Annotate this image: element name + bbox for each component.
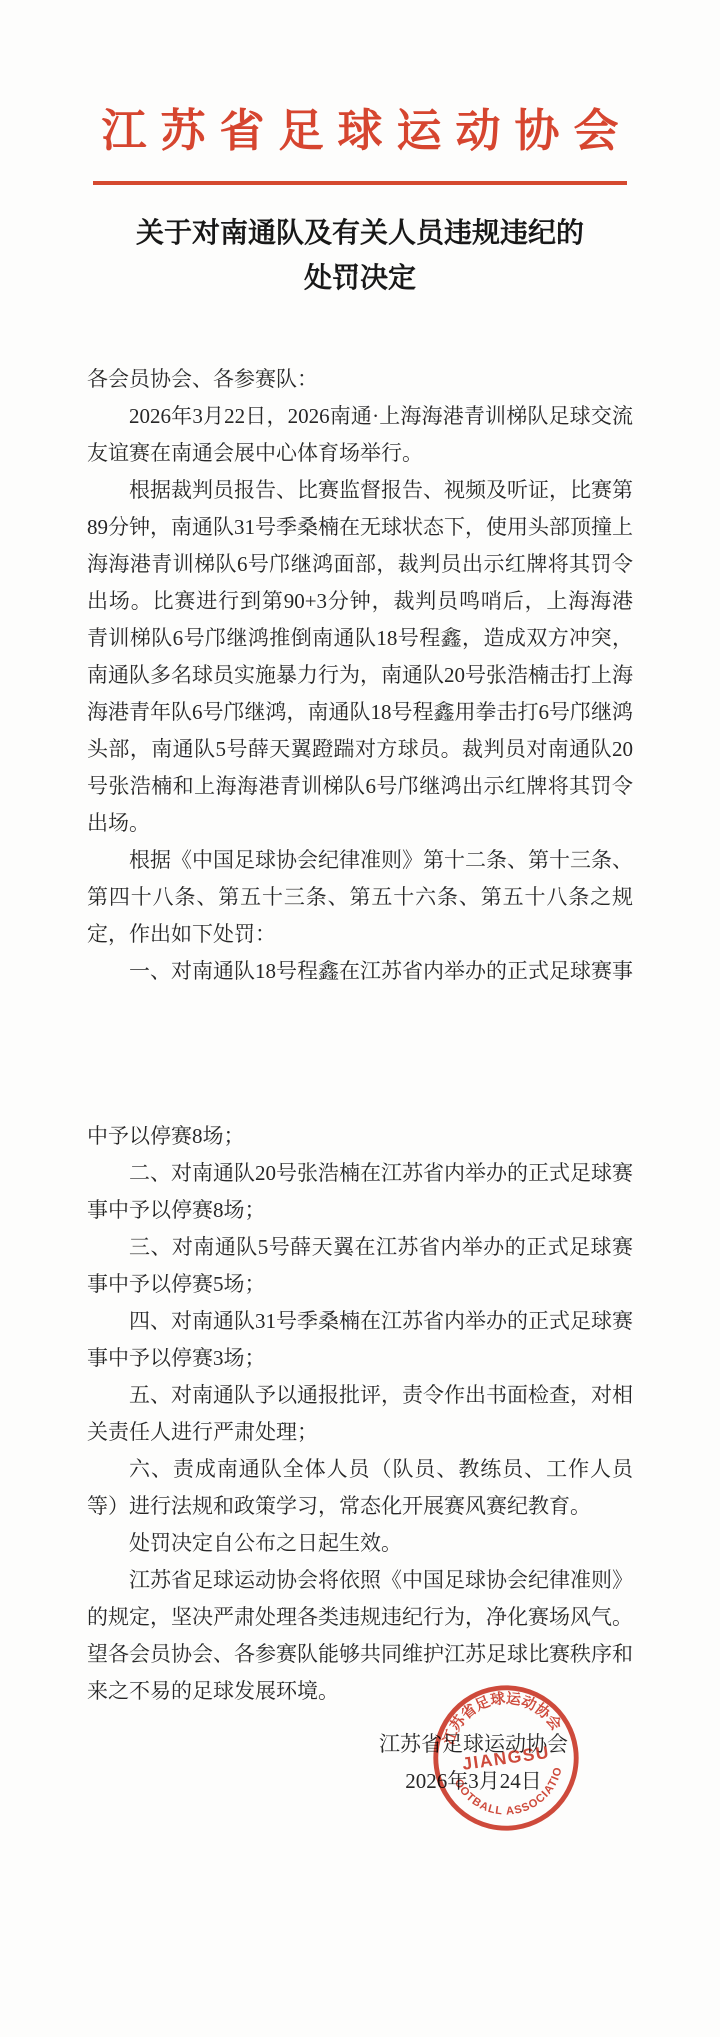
document-title-line1: 关于对南通队及有关人员违规违纪的 (0, 211, 720, 256)
page-break-gap (87, 990, 633, 1118)
signature-date: 2026年3月24日 (379, 1763, 568, 1800)
paragraph-effective-date: 处罚决定自公布之日起生效。 (87, 1525, 633, 1562)
paragraph-closing: 江苏省足球运动协会将依照《中国足球协会纪律准则》的规定，坚决严肃处理各类违规违纪… (87, 1562, 633, 1710)
scanned-notice-page: { "page": { "background": "#fdfdfc" }, "… (0, 0, 720, 2037)
paragraph-penalty-3: 三、对南通队5号薛天翼在江苏省内举办的正式足球赛事中予以停赛5场； (87, 1229, 633, 1303)
paragraph-penalty-2: 二、对南通队20号张浩楠在江苏省内举办的正式足球赛事中予以停赛8场； (87, 1155, 633, 1229)
paragraph-rules-basis: 根据《中国足球协会纪律准则》第十二条、第十三条、第四十八条、第五十三条、第五十六… (87, 842, 633, 953)
document-title: 关于对南通队及有关人员违规违纪的 处罚决定 (0, 211, 720, 301)
signature-org: 江苏省足球运动协会 (379, 1726, 568, 1763)
document-title-line2: 处罚决定 (0, 256, 720, 301)
paragraph-penalty-6: 六、责成南通队全体人员（队员、教练员、工作人员等）进行法规和政策学习，常态化开展… (87, 1451, 633, 1525)
signature-block: 江苏省足球运动协会 2026年3月24日 (379, 1726, 568, 1800)
paragraph-penalty-5: 五、对南通队予以通报批评，责令作出书面检查，对相关责任人进行严肃处理； (87, 1377, 633, 1451)
paragraph-penalty-1-part2: 中予以停赛8场； (87, 1118, 633, 1155)
paragraph-incident-report: 根据裁判员报告、比赛监督报告、视频及听证，比赛第89分钟，南通队31号季桑楠在无… (87, 472, 633, 842)
document-body: 各会员协会、各参赛队： 2026年3月22日，2026南通·上海海港青训梯队足球… (87, 361, 633, 1710)
paragraph-penalty-1-part1: 一、对南通队18号程鑫在江苏省内举办的正式足球赛事 (87, 953, 633, 990)
paragraph-match-intro: 2026年3月22日，2026南通·上海海港青训梯队足球交流友谊赛在南通会展中心… (87, 398, 633, 472)
letterhead-divider-rule (93, 181, 627, 185)
salutation: 各会员协会、各参赛队： (87, 361, 633, 398)
letterhead-org-name: 江苏省足球运动协会 (0, 0, 720, 159)
paragraph-penalty-4: 四、对南通队31号季桑楠在江苏省内举办的正式足球赛事中予以停赛3场； (87, 1303, 633, 1377)
